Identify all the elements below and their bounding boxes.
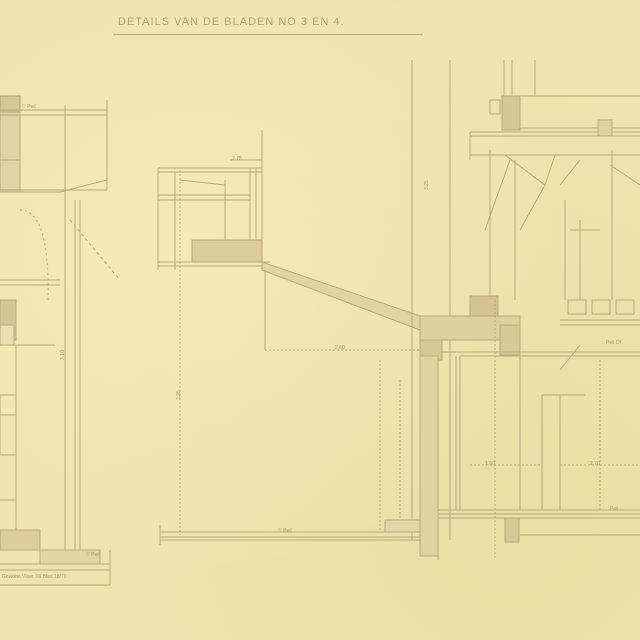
architectural-drawing — [0, 0, 640, 640]
middle-top-dimension: 2.75 — [232, 156, 242, 162]
horizontal-dimension-2: 1.90 — [485, 461, 495, 467]
vertical-dimension-center: 2.95 — [176, 390, 182, 400]
vertical-dimension-right: 3.25 — [424, 180, 430, 190]
left-bottom-level-label: ▽ Peil — [86, 552, 100, 558]
vertical-dimension-left: 3.10 — [60, 350, 66, 360]
drawing-sheet: Details van de Bladen No 3 en 4. — [0, 0, 640, 640]
left-bottom-note: Gewone Vloer XII Blad 18/70 — [2, 574, 67, 580]
right-section — [380, 60, 640, 560]
middle-floor-level-label: ▽ Peil — [278, 528, 292, 534]
left-top-level-label: ▽ Peil — [22, 104, 36, 110]
right-floor-level-label: Peil — [610, 506, 618, 512]
left-section — [0, 96, 120, 585]
horizontal-dimension-3: 2.70 — [590, 461, 600, 467]
horizontal-dimension-1: 2.60 — [335, 345, 345, 351]
right-level-note: Peil Of — [606, 340, 621, 346]
